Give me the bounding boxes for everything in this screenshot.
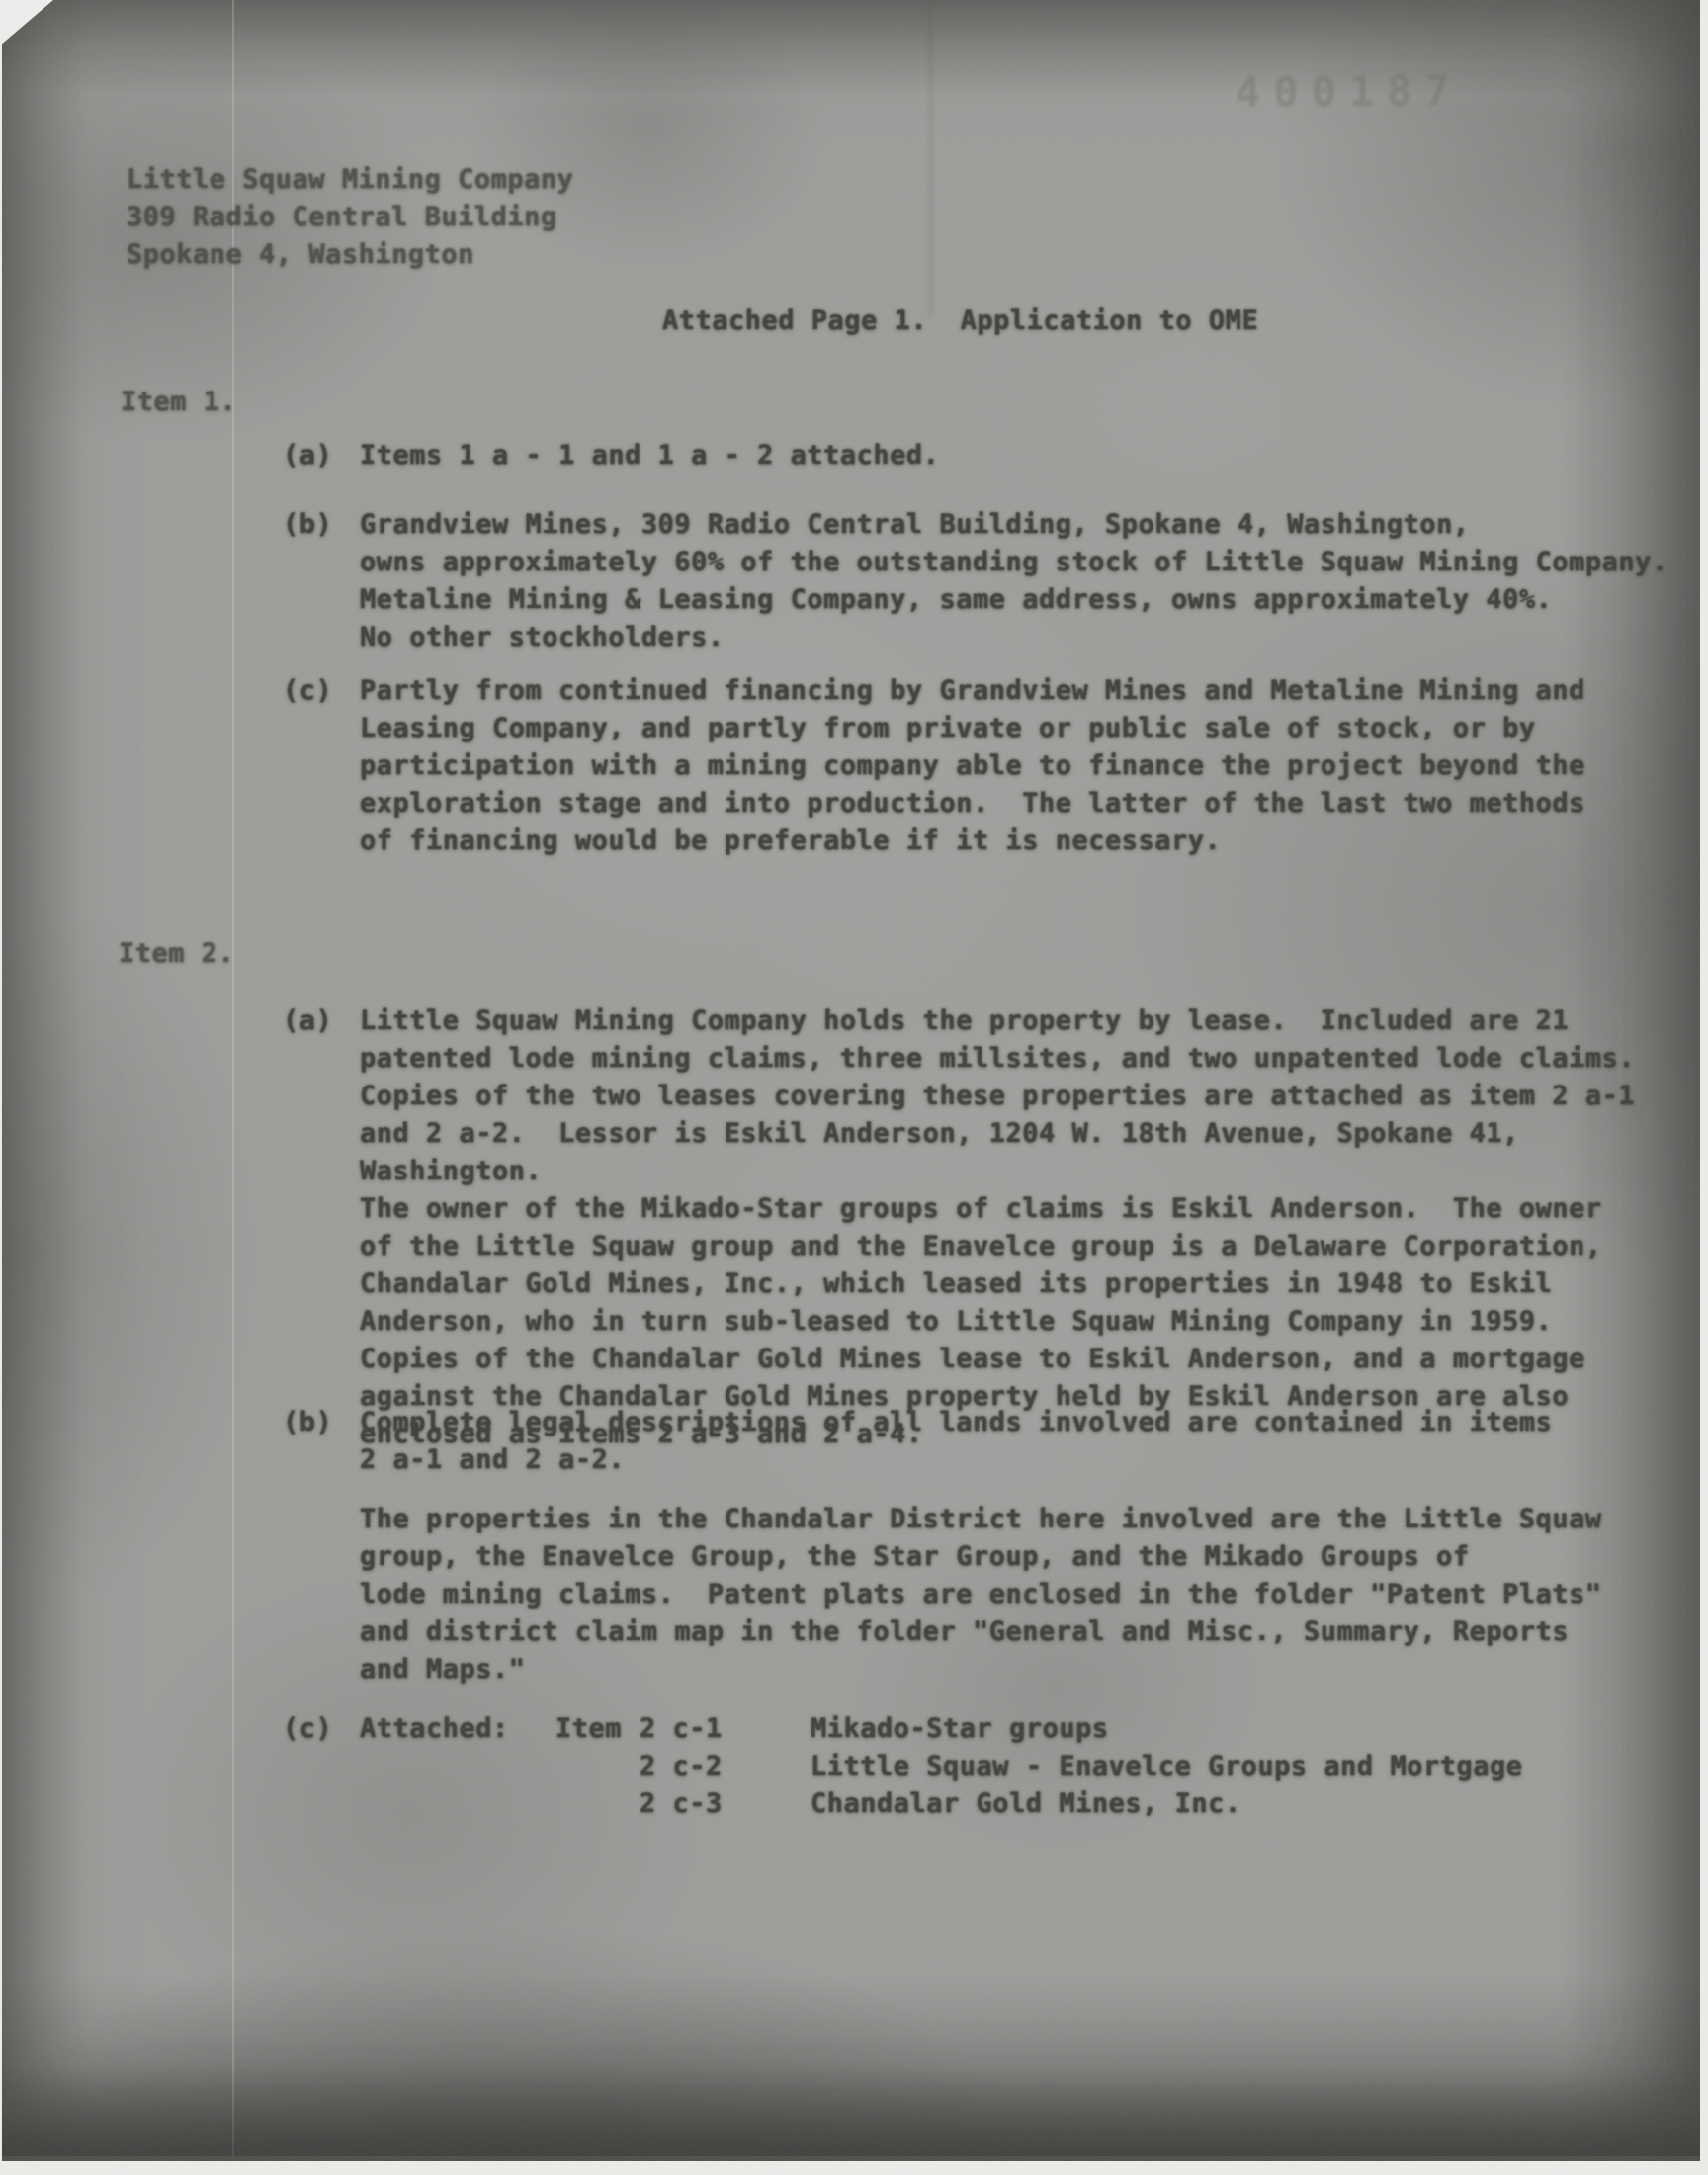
- attachment-title: Mikado-Star groups: [811, 1710, 1109, 1748]
- attachment-id: 2 c-3: [640, 1785, 723, 1823]
- item-2b-text: Complete legal descriptions of all lands…: [360, 1404, 1694, 1479]
- letterhead: Little Squaw Mining Company 309 Radio Ce…: [127, 161, 573, 274]
- attachment-id: 2 c-2: [640, 1748, 723, 1785]
- scan-artifact-line: [232, 0, 234, 2161]
- item-1a-tag: (a): [283, 437, 332, 475]
- item-2c-tag: (c): [283, 1710, 332, 1748]
- item-1b-tag: (b): [283, 506, 332, 544]
- scan-bottom-edge: [2, 2156, 1700, 2161]
- item-1a-text: Items 1 a - 1 and 1 a - 2 attached.: [360, 437, 939, 475]
- item-1-heading: Item 1.: [121, 384, 236, 421]
- item-2c-attached-label: Attached:: [360, 1710, 509, 1748]
- document-heading: Attached Page 1. Application to OME: [662, 303, 1258, 340]
- item-2b-text-continued: The properties in the Chandalar District…: [360, 1501, 1694, 1689]
- attachment-id: 2 c-1: [640, 1710, 723, 1748]
- scan-fold-line: [929, 0, 932, 316]
- item-2-heading: Item 2.: [119, 935, 234, 973]
- item-2b-tag: (b): [283, 1404, 332, 1441]
- item-1c-text: Partly from continued financing by Grand…: [360, 672, 1694, 860]
- scanned-page: 400187 Little Squaw Mining Company 309 R…: [0, 0, 1708, 2175]
- scan-bottom-shadow: [2, 2066, 1700, 2161]
- item-2c-item-word: Item: [555, 1710, 622, 1748]
- item-1c-tag: (c): [283, 672, 332, 710]
- item-2a-text: Little Squaw Mining Company holds the pr…: [360, 1002, 1700, 1453]
- attachment-title: Little Squaw - Enavelce Groups and Mortg…: [811, 1748, 1522, 1785]
- page-stamp-number: 400187: [1236, 66, 1463, 117]
- item-2a-tag: (a): [283, 1002, 332, 1040]
- item-1b-text: Grandview Mines, 309 Radio Central Build…: [360, 506, 1694, 656]
- attachment-title: Chandalar Gold Mines, Inc.: [811, 1785, 1241, 1823]
- document-scan: 400187 Little Squaw Mining Company 309 R…: [2, 0, 1700, 2161]
